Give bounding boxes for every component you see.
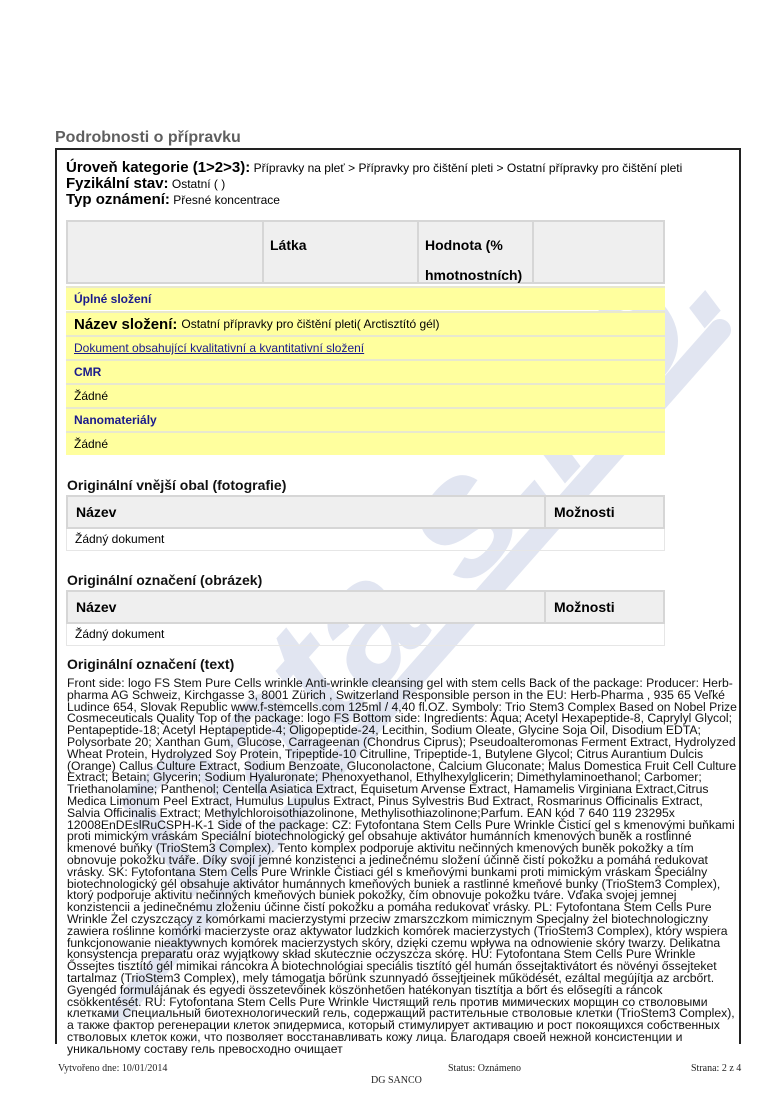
footer-org: DG SANCO	[371, 1075, 422, 1086]
cmr-label: CMR	[66, 359, 665, 383]
composition-name-row: Název složení: Ostatní přípravky pro čiš…	[66, 311, 665, 335]
label-text-title: Originální označení (text)	[67, 656, 234, 672]
footer-created: Vytvořeno dne: 10/01/2014	[58, 1063, 167, 1074]
physical-state-label: Fyzikální stav:	[66, 175, 169, 192]
composition-name-label: Název složení:	[74, 316, 177, 333]
composition-header-substance: Látka	[264, 220, 419, 284]
label-image-empty: Žádný dokument	[66, 624, 665, 646]
category-value: Přípravky na pleť > Přípravky pro čištěn…	[254, 161, 683, 175]
composition-document-link[interactable]: Dokument obsahující kvalitativní a kvant…	[74, 341, 364, 355]
notification-type-row: Typ oznámení: Přesné koncentrace	[66, 192, 726, 208]
nanomaterials-label: Nanomateriály	[66, 407, 665, 431]
cmr-value: Žádné	[66, 383, 665, 407]
composition-header-empty	[66, 220, 264, 284]
composition-document-row: Dokument obsahující kvalitativní a kvant…	[66, 335, 665, 359]
outer-packaging-header: Název Možnosti	[66, 495, 665, 529]
footer-status: Status: Oznámeno	[448, 1063, 521, 1074]
outer-packaging-table: Název Možnosti Žádný dokument	[66, 495, 665, 551]
nanomaterials-value: Žádné	[66, 431, 665, 455]
category-label: Úroveň kategorie (1>2>3):	[66, 159, 250, 176]
label-image-title: Originální označení (obrázek)	[67, 572, 262, 588]
composition-table-header: Látka Hodnota (% hmotnostních)	[66, 220, 665, 284]
outer-packaging-col-name: Název	[66, 495, 546, 529]
label-image-col-options: Možnosti	[546, 590, 665, 624]
composition-header-value: Hodnota (% hmotnostních)	[419, 220, 534, 284]
composition-rows: Úplné složení Název složení: Ostatní pří…	[66, 286, 665, 455]
label-image-col-name: Název	[66, 590, 546, 624]
physical-state-row: Fyzikální stav: Ostatní ( )	[66, 176, 726, 192]
composition-header-extra	[534, 220, 665, 284]
physical-state-value: Ostatní ( )	[172, 177, 225, 191]
composition-name-value: Ostatní přípravky pro čištění pleti( Arc…	[181, 317, 439, 331]
label-image-header: Název Možnosti	[66, 590, 665, 624]
notification-type-label: Typ oznámení:	[66, 191, 170, 208]
category-row: Úroveň kategorie (1>2>3): Přípravky na p…	[66, 160, 726, 176]
outer-packaging-title: Originální vnější obal (fotografie)	[67, 477, 286, 493]
outer-packaging-empty: Žádný dokument	[66, 529, 665, 551]
product-info: Úroveň kategorie (1>2>3): Přípravky na p…	[66, 160, 726, 208]
notification-type-value: Přesné koncentrace	[173, 193, 280, 207]
label-text-content: Front side: logo FS Stem Pure Cells wrin…	[67, 678, 737, 1056]
footer-page: Strana: 2 z 4	[691, 1063, 741, 1074]
full-composition-label: Úplné složení	[66, 286, 665, 310]
outer-packaging-col-options: Možnosti	[546, 495, 665, 529]
label-image-table: Název Možnosti Žádný dokument	[66, 590, 665, 646]
page-title: Podrobnosti o přípravku	[55, 129, 241, 147]
